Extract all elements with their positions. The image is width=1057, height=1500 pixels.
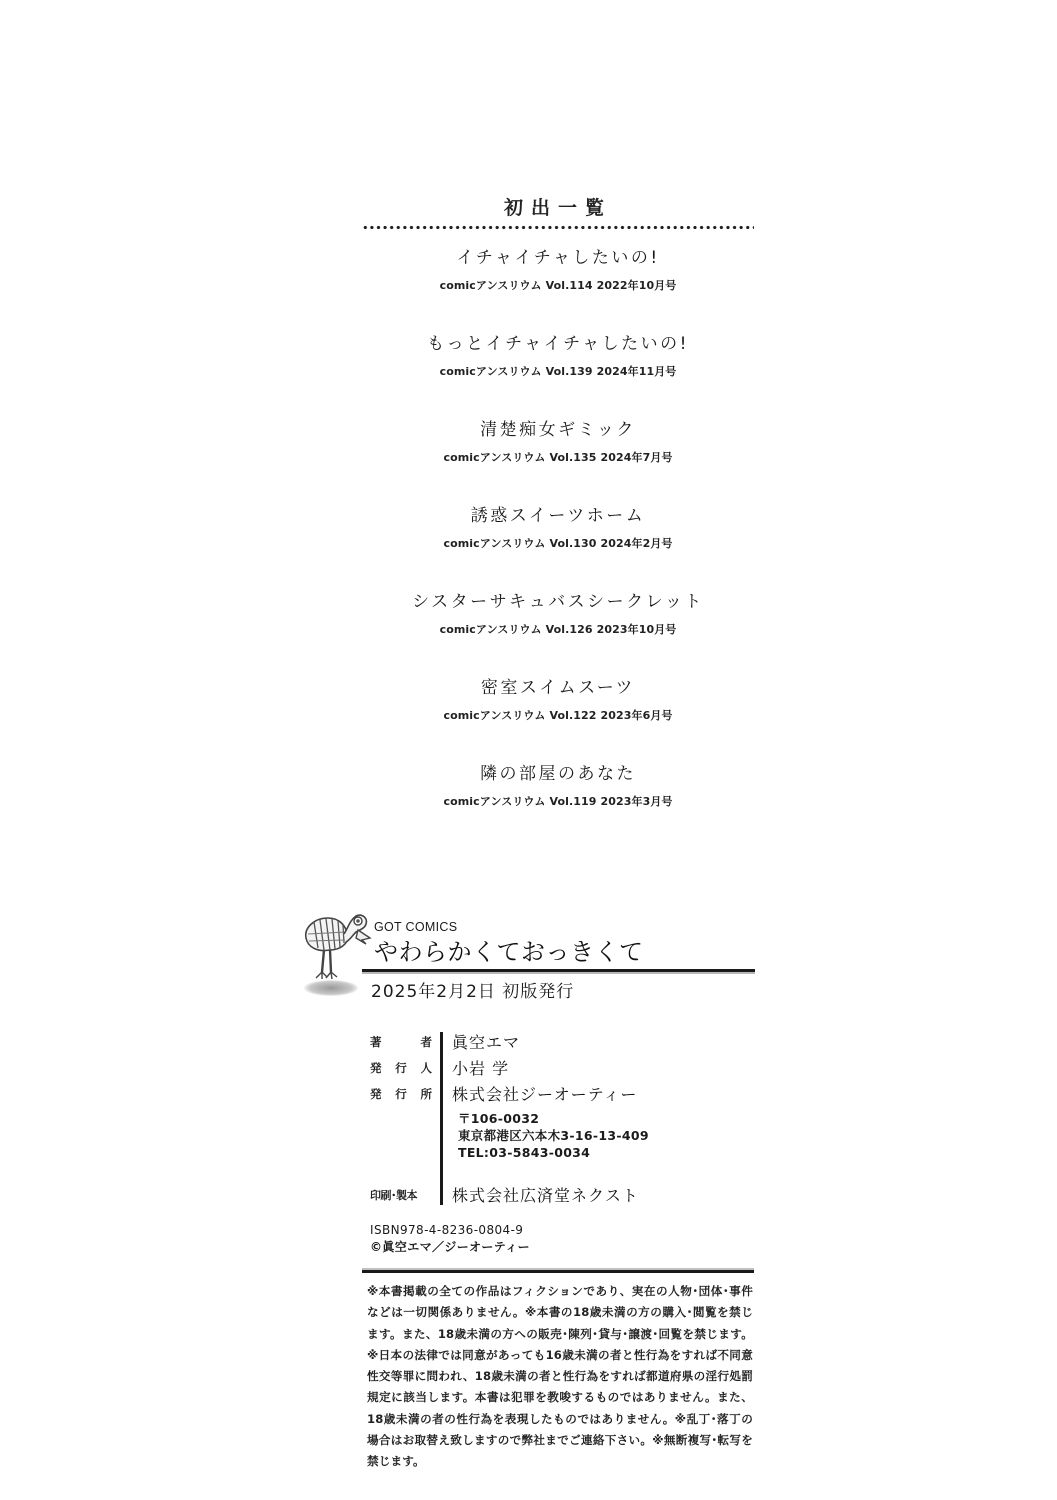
credit-publisher-company: 発 行 所 株式会社ジーオーティー — [370, 1082, 770, 1106]
list-entry: イチャイチャしたいの! comicアンスリウム Vol.114 2022年10月… — [362, 247, 754, 293]
entry-title: 清楚痴女ギミック — [362, 419, 754, 441]
copyright: ©眞空エマ／ジーオーティー — [370, 1239, 530, 1256]
entry-title: もっとイチャイチャしたいの! — [362, 333, 754, 355]
printer-name: 株式会社広済堂ネクスト — [452, 1183, 639, 1206]
label-name: GOT COMICS — [374, 920, 457, 934]
publisher-person-name: 小岩 学 — [452, 1056, 509, 1079]
dotted-divider — [362, 225, 754, 230]
credit-printer: 印刷･製本 株式会社広済堂ネクスト — [370, 1183, 770, 1207]
entry-source: comicアンスリウム Vol.139 2024年11月号 — [362, 365, 754, 379]
list-entry: 清楚痴女ギミック comicアンスリウム Vol.135 2024年7月号 — [362, 419, 754, 465]
isbn: ISBN978-4-8236-0804-9 — [370, 1222, 530, 1239]
legal-notice: ※本書掲載の全ての作品はフィクションであり、実在の人物･団体･事件などは一切関係… — [367, 1281, 753, 1473]
entry-source: comicアンスリウム Vol.122 2023年6月号 — [362, 709, 754, 723]
credit-label: 発 行 所 — [370, 1086, 432, 1102]
title-divider — [362, 969, 755, 972]
credit-publisher-person: 発 行 人 小岩 学 — [370, 1056, 770, 1080]
entry-title: 隣の部屋のあなた — [362, 763, 754, 785]
list-entry: 密室スイムスーツ comicアンスリウム Vol.122 2023年6月号 — [362, 677, 754, 723]
entry-source: comicアンスリウム Vol.130 2024年2月号 — [362, 537, 754, 551]
isbn-block: ISBN978-4-8236-0804-9 ©眞空エマ／ジーオーティー — [370, 1222, 530, 1256]
telephone: TEL:03-5843-0034 — [458, 1144, 649, 1161]
book-title: やわらかくておっきくて — [374, 937, 644, 967]
entry-title: 誘惑スイーツホーム — [362, 505, 754, 527]
credit-label: 著 者 — [370, 1034, 432, 1050]
postal-code: 〒106-0032 — [458, 1110, 649, 1127]
credit-label: 発 行 人 — [370, 1060, 432, 1076]
entry-source: comicアンスリウム Vol.119 2023年3月号 — [362, 795, 754, 809]
author-name: 眞空エマ — [452, 1030, 520, 1053]
credit-label: 印刷･製本 — [370, 1187, 432, 1203]
list-entry: 隣の部屋のあなた comicアンスリウム Vol.119 2023年3月号 — [362, 763, 754, 809]
list-entry: シスターサキュバスシークレット comicアンスリウム Vol.126 2023… — [362, 591, 754, 637]
entry-title: シスターサキュバスシークレット — [362, 591, 754, 613]
publisher-address: 〒106-0032 東京都港区六本木3-16-13-409 TEL:03-584… — [458, 1110, 649, 1161]
entry-title: 密室スイムスーツ — [362, 677, 754, 699]
list-heading: 初出一覧 — [362, 193, 754, 220]
publisher-company-name: 株式会社ジーオーティー — [452, 1082, 637, 1105]
publication-date: 2025年2月2日 初版発行 — [371, 977, 574, 1002]
credit-author: 著 者 眞空エマ — [370, 1030, 770, 1054]
entry-source: comicアンスリウム Vol.135 2024年7月号 — [362, 451, 754, 465]
mascot-shadow — [304, 980, 358, 996]
street-address: 東京都港区六本木3-16-13-409 — [458, 1127, 649, 1144]
list-entry: 誘惑スイーツホーム comicアンスリウム Vol.130 2024年2月号 — [362, 505, 754, 551]
entry-title: イチャイチャしたいの! — [362, 247, 754, 269]
list-entry: もっとイチャイチャしたいの! comicアンスリウム Vol.139 2024年… — [362, 333, 754, 379]
entry-source: comicアンスリウム Vol.126 2023年10月号 — [362, 623, 754, 637]
notice-divider — [362, 1270, 754, 1273]
colophon-header: GOT COMICS やわらかくておっきくて 2025年2月2日 初版発行 — [296, 908, 758, 1008]
entry-source: comicアンスリウム Vol.114 2022年10月号 — [362, 279, 754, 293]
